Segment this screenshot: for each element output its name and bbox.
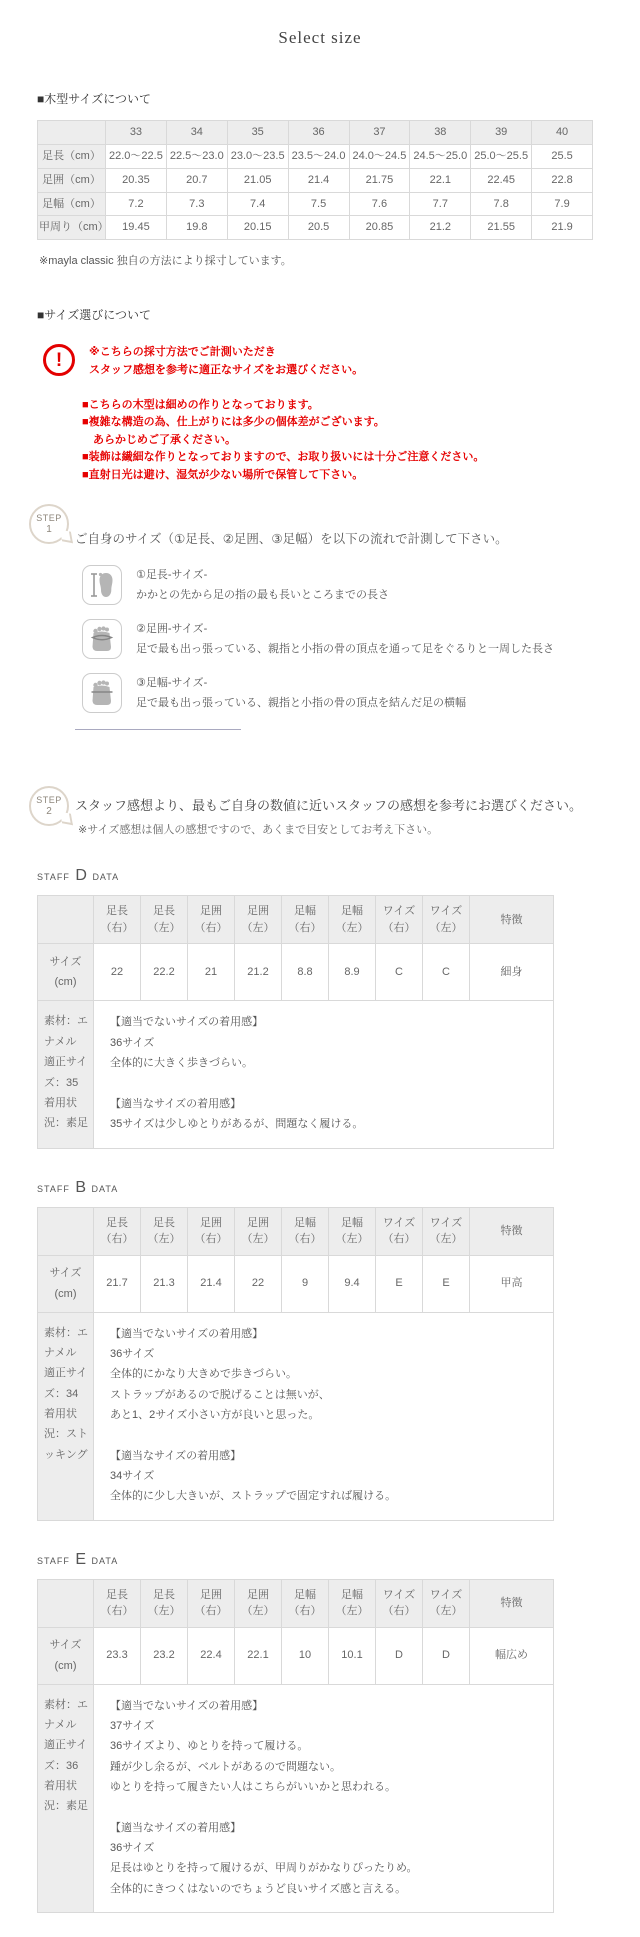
staff-size-label: サイズ (cm) — [38, 944, 94, 1001]
measure-items: ①足長-サイズ- かかとの先から足の指の最も長いところまでの長さ — [82, 565, 640, 713]
size-col-header: 39 — [471, 121, 532, 145]
size-cell: 7.7 — [410, 192, 471, 216]
staff-size-value: 21.7 — [94, 1255, 141, 1312]
size-cell: 21.55 — [471, 216, 532, 240]
staff-size-value: 22 — [94, 944, 141, 1001]
staff-size-value: 22.4 — [188, 1627, 235, 1684]
foot-width-icon — [82, 673, 122, 713]
staff-col-header: ワイズ （右） — [376, 896, 423, 944]
staff-col-header: 足囲 （右） — [188, 1579, 235, 1627]
corner-cell — [38, 1579, 94, 1627]
divider-line — [75, 729, 241, 730]
staff-comment: 【適当でないサイズの着用感】 37サイズ 36サイズより、ゆとりを持って履ける。… — [94, 1684, 554, 1912]
size-col-header: 38 — [410, 121, 471, 145]
table-row: 甲周り（cm） 19.45 19.8 20.15 20.5 20.85 21.2… — [38, 216, 593, 240]
corner-cell — [38, 896, 94, 944]
staff-col-header: 足幅 （左） — [329, 896, 376, 944]
size-cell: 7.9 — [532, 192, 593, 216]
size-cell: 7.3 — [166, 192, 227, 216]
staff-size-value: 22.2 — [141, 944, 188, 1001]
staff-size-value: C — [376, 944, 423, 1001]
size-cell: 25.0～25.5 — [471, 144, 532, 168]
staff-meta: 素材：エナメル 適正サイズ：36 着用状況：素足 — [38, 1684, 94, 1912]
table-row: 足長（cm） 22.0～22.5 22.5～23.0 23.0～23.5 23.… — [38, 144, 593, 168]
staff-size-value: 9 — [282, 1255, 329, 1312]
step-number: 2 — [46, 807, 52, 817]
step1-section: STEP 1 ご自身のサイズ（①足長、②足囲、③足幅）を以下の流れで計測して下さ… — [0, 504, 640, 730]
measure-item-title: ③足幅-サイズ- — [136, 674, 466, 693]
staff-label-pre: STAFF — [37, 1556, 70, 1566]
size-cell: 7.5 — [288, 192, 349, 216]
size-cell: 21.9 — [532, 216, 593, 240]
size-cell: 19.45 — [106, 216, 167, 240]
size-choice-heading: ■サイズ選びについて — [37, 306, 603, 323]
foot-girth-icon — [82, 619, 122, 659]
staff-size-value: 9.4 — [329, 1255, 376, 1312]
page-title: Select size — [0, 0, 640, 48]
size-cell: 20.35 — [106, 168, 167, 192]
staff-feature: 幅広め — [470, 1627, 554, 1684]
staff-label-pre: STAFF — [37, 1184, 70, 1194]
staff-label-pre: STAFF — [37, 872, 70, 882]
size-cell: 22.0～22.5 — [106, 144, 167, 168]
staff-size-value: 23.2 — [141, 1627, 188, 1684]
staff-col-header: 特徴 — [470, 1579, 554, 1627]
size-cell: 21.75 — [349, 168, 410, 192]
staff-size-value: 21.2 — [235, 944, 282, 1001]
staff-label-letter: D — [73, 867, 89, 884]
staff-col-header: 特徴 — [470, 896, 554, 944]
staff-data-label: STAFF B DATA — [37, 1179, 603, 1197]
staff-comment: 【適当でないサイズの着用感】 36サイズ 全体的に大きく歩きづらい。 【適当なサ… — [94, 1001, 554, 1148]
staff-section-d: STAFF D DATA 足長 （右） 足長 （左） 足囲 （右） 足囲 （左）… — [37, 867, 603, 1148]
staff-size-row: サイズ (cm) 22 22.2 21 21.2 8.8 8.9 C C 細身 — [38, 944, 554, 1001]
staff-col-header: 足幅 （左） — [329, 1207, 376, 1255]
step-number: 1 — [46, 525, 52, 535]
staff-section-b: STAFF B DATA 足長 （右） 足長 （左） 足囲 （右） 足囲 （左）… — [37, 1179, 603, 1521]
staff-size-value: E — [423, 1255, 470, 1312]
staff-size-value: 21 — [188, 944, 235, 1001]
step2-badge: STEP 2 — [29, 786, 69, 826]
size-cell: 7.2 — [106, 192, 167, 216]
table-row: 足囲（cm） 20.35 20.7 21.05 21.4 21.75 22.1 … — [38, 168, 593, 192]
size-cell: 22.1 — [410, 168, 471, 192]
size-cell: 20.5 — [288, 216, 349, 240]
caution-list: ■こちらの木型は細めの作りとなっております。 ■複雑な構造の為、仕上がりには多少… — [82, 397, 603, 485]
foot-length-icon — [82, 565, 122, 605]
last-size-section: ■木型サイズについて 33 34 35 36 37 38 39 40 足長（cm… — [37, 90, 603, 268]
size-guide-page: Select size ■木型サイズについて 33 34 35 36 37 38… — [0, 0, 640, 1937]
staff-size-value: D — [376, 1627, 423, 1684]
staff-label-post: DATA — [92, 1184, 119, 1194]
size-cell: 7.6 — [349, 192, 410, 216]
staff-data-label: STAFF D DATA — [37, 867, 603, 885]
warning-icon: ! — [43, 344, 75, 376]
step-label: STEP — [36, 514, 62, 523]
staff-col-header: 足囲 （左） — [235, 896, 282, 944]
staff-size-label: サイズ (cm) — [38, 1627, 94, 1684]
staff-size-value: 8.9 — [329, 944, 376, 1001]
staff-table: 足長 （右） 足長 （左） 足囲 （右） 足囲 （左） 足幅 （右） 足幅 （左… — [37, 1207, 554, 1521]
staff-comment-row: 素材：エナメル 適正サイズ：34 着用状況：ストッキング 【適当でないサイズの着… — [38, 1312, 554, 1520]
staff-col-header: 足長 （左） — [141, 896, 188, 944]
size-cell: 19.8 — [166, 216, 227, 240]
corner-cell — [38, 1207, 94, 1255]
staff-header-row: 足長 （右） 足長 （左） 足囲 （右） 足囲 （左） 足幅 （右） 足幅 （左… — [38, 1207, 554, 1255]
row-label: 甲周り（cm） — [38, 216, 106, 240]
last-size-heading: ■木型サイズについて — [37, 90, 603, 107]
measure-item-title: ①足長-サイズ- — [136, 566, 389, 585]
staff-comment-row: 素材：エナメル 適正サイズ：35 着用状況：素足 【適当でないサイズの着用感】 … — [38, 1001, 554, 1148]
size-cell: 21.4 — [288, 168, 349, 192]
size-cell: 20.15 — [227, 216, 288, 240]
size-col-header: 34 — [166, 121, 227, 145]
staff-meta: 素材：エナメル 適正サイズ：35 着用状況：素足 — [38, 1001, 94, 1148]
row-label: 足幅（cm） — [38, 192, 106, 216]
step2-section: STEP 2 スタッフ感想より、最もご自身の数値に近いスタッフの感想を参考にお選… — [0, 786, 640, 837]
size-cell: 24.5～25.0 — [410, 144, 471, 168]
size-cell: 23.5～24.0 — [288, 144, 349, 168]
step-label: STEP — [36, 796, 62, 805]
staff-size-value: C — [423, 944, 470, 1001]
staff-col-header: 特徴 — [470, 1207, 554, 1255]
measure-item-desc: 足で最も出っ張っている、親指と小指の骨の頂点を通って足をぐるりと一周した長さ — [136, 640, 554, 659]
staff-col-header: 足幅 （右） — [282, 1207, 329, 1255]
staff-size-value: 23.3 — [94, 1627, 141, 1684]
staff-size-value: 10.1 — [329, 1627, 376, 1684]
size-cell: 21.2 — [410, 216, 471, 240]
staff-col-header: 足長 （左） — [141, 1579, 188, 1627]
size-col-header: 37 — [349, 121, 410, 145]
staff-size-value: 22 — [235, 1255, 282, 1312]
staff-header-row: 足長 （右） 足長 （左） 足囲 （右） 足囲 （左） 足幅 （右） 足幅 （左… — [38, 1579, 554, 1627]
staff-label-letter: E — [73, 1551, 88, 1568]
staff-comment: 【適当でないサイズの着用感】 36サイズ 全体的にかなり大きめで歩きづらい。 ス… — [94, 1312, 554, 1520]
size-cell: 20.85 — [349, 216, 410, 240]
staff-size-value: E — [376, 1255, 423, 1312]
step2-note: ※サイズ感想は個人の感想ですので、あくまで目安としてお考え下さい。 — [78, 821, 640, 837]
corner-cell — [38, 121, 106, 145]
staff-col-header: 足長 （右） — [94, 1207, 141, 1255]
size-chart-table: 33 34 35 36 37 38 39 40 足長（cm） 22.0～22.5… — [37, 120, 593, 240]
staff-col-header: 足幅 （右） — [282, 896, 329, 944]
staff-col-header: 足幅 （左） — [329, 1579, 376, 1627]
staff-size-value: 10 — [282, 1627, 329, 1684]
size-cell: 7.4 — [227, 192, 288, 216]
staff-size-label: サイズ (cm) — [38, 1255, 94, 1312]
size-cell: 22.45 — [471, 168, 532, 192]
size-cell: 22.8 — [532, 168, 593, 192]
size-col-header: 33 — [106, 121, 167, 145]
staff-col-header: 足囲 （右） — [188, 1207, 235, 1255]
step1-badge: STEP 1 — [29, 504, 69, 544]
staff-feature: 細身 — [470, 944, 554, 1001]
staff-label-post: DATA — [92, 872, 119, 882]
measurement-note: ※mayla classic 独自の方法により採寸しています。 — [39, 252, 603, 268]
staff-size-value: 21.4 — [188, 1255, 235, 1312]
measure-item-text: ②足囲-サイズ- 足で最も出っ張っている、親指と小指の骨の頂点を通って足をぐるり… — [136, 619, 554, 659]
staff-col-header: ワイズ （右） — [376, 1207, 423, 1255]
staff-feature: 甲高 — [470, 1255, 554, 1312]
size-cell: 24.0～24.5 — [349, 144, 410, 168]
measure-item: ①足長-サイズ- かかとの先から足の指の最も長いところまでの長さ — [82, 565, 640, 605]
staff-col-header: 足長 （右） — [94, 896, 141, 944]
staff-table: 足長 （右） 足長 （左） 足囲 （右） 足囲 （左） 足幅 （右） 足幅 （左… — [37, 895, 554, 1148]
size-choice-section: ■サイズ選びについて ! ※こちらの採寸方法でご計測いただき スタッフ感想を参考… — [37, 306, 603, 484]
step2-lead: スタッフ感想より、最もご自身の数値に近いスタッフの感想を参考にお選びください。 — [75, 786, 640, 814]
warning-row: ! ※こちらの採寸方法でご計測いただき スタッフ感想を参考に適正なサイズをお選び… — [43, 343, 603, 379]
staff-col-header: 足囲 （左） — [235, 1207, 282, 1255]
staff-col-header: ワイズ （左） — [423, 1579, 470, 1627]
row-label: 足長（cm） — [38, 144, 106, 168]
size-cell: 25.5 — [532, 144, 593, 168]
staff-size-value: 21.3 — [141, 1255, 188, 1312]
measure-item: ③足幅-サイズ- 足で最も出っ張っている、親指と小指の骨の頂点を結んだ足の横幅 — [82, 673, 640, 713]
staff-size-value: D — [423, 1627, 470, 1684]
staff-col-header: 足長 （左） — [141, 1207, 188, 1255]
size-cell: 20.7 — [166, 168, 227, 192]
staff-section-e: STAFF E DATA 足長 （右） 足長 （左） 足囲 （右） 足囲 （左）… — [37, 1551, 603, 1913]
staff-size-row: サイズ (cm) 21.7 21.3 21.4 22 9 9.4 E E 甲高 — [38, 1255, 554, 1312]
staff-header-row: 足長 （右） 足長 （左） 足囲 （右） 足囲 （左） 足幅 （右） 足幅 （左… — [38, 896, 554, 944]
measure-item-desc: 足で最も出っ張っている、親指と小指の骨の頂点を結んだ足の横幅 — [136, 694, 466, 713]
staff-data-label: STAFF E DATA — [37, 1551, 603, 1569]
staff-table: 足長 （右） 足長 （左） 足囲 （右） 足囲 （左） 足幅 （右） 足幅 （左… — [37, 1579, 554, 1913]
staff-col-header: ワイズ （左） — [423, 1207, 470, 1255]
staff-col-header: ワイズ （左） — [423, 896, 470, 944]
size-chart-header-row: 33 34 35 36 37 38 39 40 — [38, 121, 593, 145]
staff-comment-row: 素材：エナメル 適正サイズ：36 着用状況：素足 【適当でないサイズの着用感】 … — [38, 1684, 554, 1912]
measure-item-title: ②足囲-サイズ- — [136, 620, 554, 639]
staff-size-row: サイズ (cm) 23.3 23.2 22.4 22.1 10 10.1 D D… — [38, 1627, 554, 1684]
staff-label-letter: B — [73, 1179, 88, 1196]
size-col-header: 40 — [532, 121, 593, 145]
measure-item-text: ①足長-サイズ- かかとの先から足の指の最も長いところまでの長さ — [136, 565, 389, 605]
warning-text: ※こちらの採寸方法でご計測いただき スタッフ感想を参考に適正なサイズをお選びくだ… — [89, 343, 363, 379]
size-cell: 23.0～23.5 — [227, 144, 288, 168]
staff-meta: 素材：エナメル 適正サイズ：34 着用状況：ストッキング — [38, 1312, 94, 1520]
measure-item-text: ③足幅-サイズ- 足で最も出っ張っている、親指と小指の骨の頂点を結んだ足の横幅 — [136, 673, 466, 713]
staff-size-value: 8.8 — [282, 944, 329, 1001]
staff-label-post: DATA — [92, 1556, 119, 1566]
measure-item: ②足囲-サイズ- 足で最も出っ張っている、親指と小指の骨の頂点を通って足をぐるり… — [82, 619, 640, 659]
size-col-header: 35 — [227, 121, 288, 145]
size-cell: 21.05 — [227, 168, 288, 192]
table-row: 足幅（cm） 7.2 7.3 7.4 7.5 7.6 7.7 7.8 7.9 — [38, 192, 593, 216]
staff-col-header: 足囲 （右） — [188, 896, 235, 944]
staff-col-header: 足長 （右） — [94, 1579, 141, 1627]
size-col-header: 36 — [288, 121, 349, 145]
size-cell: 7.8 — [471, 192, 532, 216]
staff-col-header: ワイズ （右） — [376, 1579, 423, 1627]
measure-item-desc: かかとの先から足の指の最も長いところまでの長さ — [136, 586, 389, 605]
staff-col-header: 足幅 （右） — [282, 1579, 329, 1627]
staff-col-header: 足囲 （左） — [235, 1579, 282, 1627]
row-label: 足囲（cm） — [38, 168, 106, 192]
size-cell: 22.5～23.0 — [166, 144, 227, 168]
staff-size-value: 22.1 — [235, 1627, 282, 1684]
step1-lead: ご自身のサイズ（①足長、②足囲、③足幅）を以下の流れで計測して下さい。 — [75, 504, 640, 547]
